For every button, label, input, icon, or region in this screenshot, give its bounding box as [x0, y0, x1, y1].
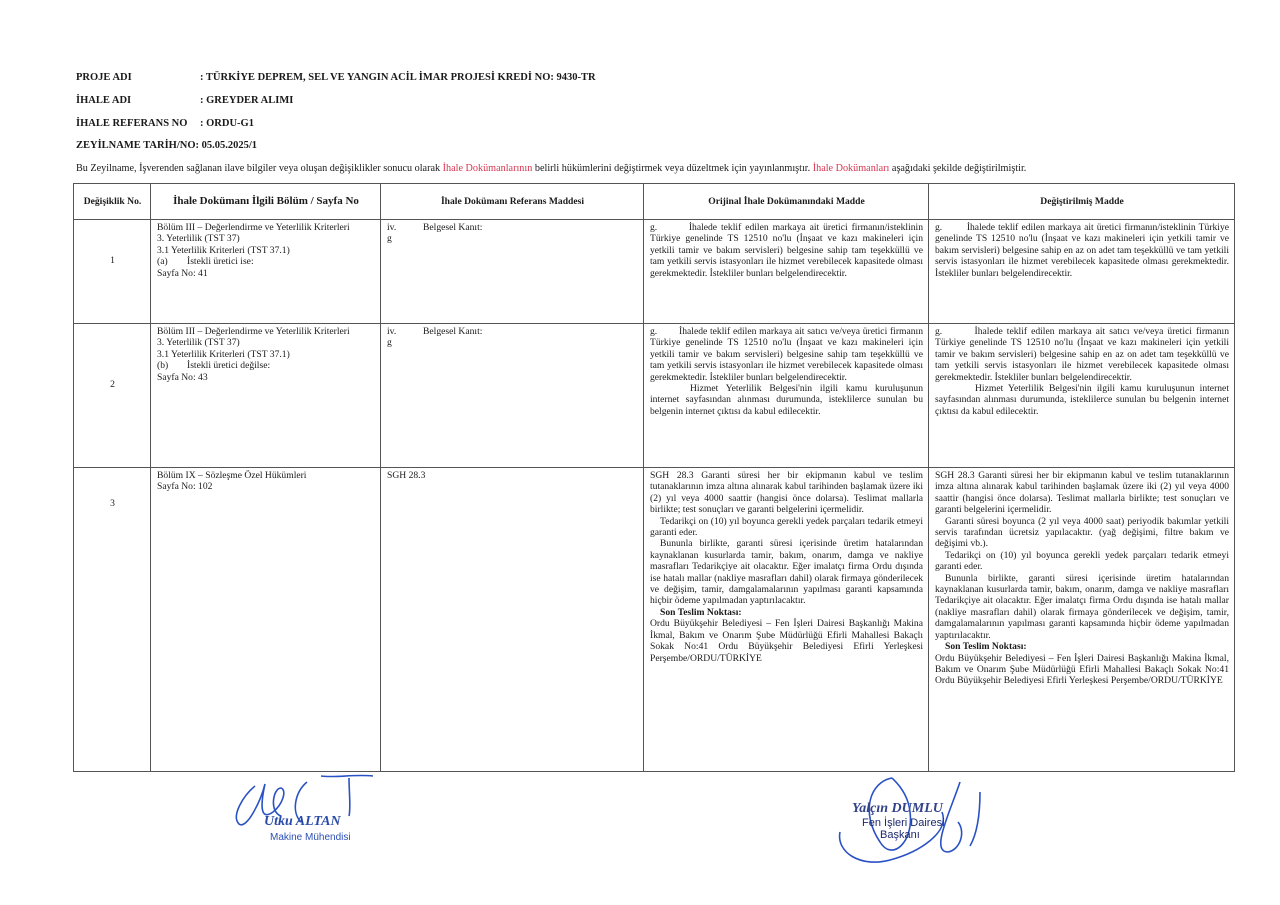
original-clause-paragraph: Tedarikçi on (10) yıl boyunca gerekli ye…: [650, 516, 923, 539]
col-header-change-no: Değişiklik No.: [74, 184, 151, 220]
original-clause-paragraph: g. İhalede teklif edilen markaya ait üre…: [650, 222, 923, 279]
signer-2-name: Yalçın DUMLU: [852, 801, 945, 817]
section-cell: Bölüm III – Değerlendirme ve Yeterlilik …: [151, 220, 381, 324]
modified-clause-paragraph: g. İhalede teklif edilen markaya ait üre…: [935, 222, 1229, 279]
modified-clause-paragraph: SGH 28.3 Garanti süresi her bir ekipmanı…: [935, 470, 1229, 516]
tender-name-value: : GREYDER ALIMI: [200, 95, 293, 106]
change-number: 1: [74, 220, 151, 324]
tender-ref-line: İHALE REFERANS NO : ORDU-G1: [76, 118, 187, 129]
reference-subcode: g: [387, 233, 638, 244]
original-clause-paragraph: Bununla birlikte, garanti süresi içerisi…: [650, 538, 923, 606]
reference-cell: SGH 28.3: [381, 468, 644, 772]
original-clause-cell: SGH 28.3 Garanti süresi her bir ekipmanı…: [644, 468, 929, 772]
modified-clause-cell: SGH 28.3 Garanti süresi her bir ekipmanı…: [929, 468, 1235, 772]
addendum-date-label: ZEYİLNAME TARİH/NO: 05.05.2025/1: [76, 140, 257, 151]
section-subitem: (a)İstekli üretici ise:: [157, 256, 375, 267]
modified-clause-paragraph: Hizmet Yeterlilik Belgesi'nin ilgili kam…: [935, 383, 1229, 417]
addendum-date-line: ZEYİLNAME TARİH/NO: 05.05.2025/1: [76, 140, 257, 151]
modified-clause-paragraph: Ordu Büyükşehir Belediyesi – Fen İşleri …: [935, 653, 1229, 687]
section-line: 3. Yeterlilik (TST 37): [157, 233, 375, 244]
col-header-section: İhale Dokümanı İlgili Bölüm / Sayfa No: [151, 184, 381, 220]
original-clause-paragraph: Ordu Büyükşehir Belediyesi – Fen İşleri …: [650, 618, 923, 664]
project-name-line: PROJE ADI : TÜRKİYE DEPREM, SEL VE YANGI…: [76, 72, 132, 83]
table-row: 3Bölüm IX – Sözleşme Özel HükümleriSayfa…: [74, 468, 1235, 772]
intro-highlight-2: İhale Dokümanları: [813, 163, 890, 174]
intro-highlight-1: İhale Dokümanlarının: [443, 163, 533, 174]
modified-clause-paragraph: Garanti süresi boyunca (2 yıl veya 4000 …: [935, 516, 1229, 550]
project-name-label: PROJE ADI: [76, 72, 132, 83]
modified-clause-cell: g. İhalede teklif edilen markaya ait sat…: [929, 324, 1235, 468]
intro-text-2: belirli hükümlerini değiştirmek veya düz…: [532, 163, 812, 174]
section-page-no: Sayfa No: 41: [157, 268, 375, 279]
change-number: 3: [74, 468, 151, 772]
signer-2-role-line1: Fen İşleri Dairesi: [862, 817, 945, 829]
reference-code: iv.: [387, 222, 423, 233]
signature-block-1: Utku ALTAN Makine Mühendisi: [264, 814, 351, 843]
original-clause-cell: g. İhalede teklif edilen markaya ait üre…: [644, 220, 929, 324]
original-clause-paragraph: Hizmet Yeterlilik Belgesi'nin ilgili kam…: [650, 383, 923, 417]
intro-text-1: Bu Zeyilname, İşverenden sağlanan ilave …: [76, 163, 443, 174]
section-line: Bölüm III – Değerlendirme ve Yeterlilik …: [157, 222, 375, 233]
subitem-value: İstekli üretici ise:: [187, 256, 254, 267]
reference-title: Belgesel Kanıt:: [423, 222, 482, 233]
signer-1-role: Makine Mühendisi: [270, 832, 351, 843]
intro-text-3: aşağıdaki şekilde değiştirilmiştir.: [889, 163, 1026, 174]
section-page-no: Sayfa No: 102: [157, 481, 375, 492]
section-page-no: Sayfa No: 43: [157, 372, 375, 383]
original-clause-paragraph: Son Teslim Noktası:: [650, 607, 923, 618]
original-clause-cell: g. İhalede teklif edilen markaya ait sat…: [644, 324, 929, 468]
subitem-key: (b): [157, 360, 187, 371]
intro-paragraph: Bu Zeyilname, İşverenden sağlanan ilave …: [76, 163, 1026, 174]
amendment-table: Değişiklik No. İhale Dokümanı İlgili Böl…: [73, 183, 1235, 772]
table-row: 1Bölüm III – Değerlendirme ve Yeterlilik…: [74, 220, 1235, 324]
col-header-modified: Değiştirilmiş Madde: [929, 184, 1235, 220]
signer-2-role-line2: Başkanı: [880, 829, 945, 841]
section-line: 3.1 Yeterlilik Kriterleri (TST 37.1): [157, 349, 375, 360]
modified-clause-paragraph: g. İhalede teklif edilen markaya ait sat…: [935, 326, 1229, 383]
section-subitem: (b)İstekli üretici değilse:: [157, 360, 375, 371]
section-cell: Bölüm IX – Sözleşme Özel HükümleriSayfa …: [151, 468, 381, 772]
section-line: Bölüm IX – Sözleşme Özel Hükümleri: [157, 470, 375, 481]
signature-block-2: Yalçın DUMLU Fen İşleri Dairesi Başkanı: [852, 801, 945, 841]
reference-cell: iv.Belgesel Kanıt:g: [381, 324, 644, 468]
table-row: 2Bölüm III – Değerlendirme ve Yeterlilik…: [74, 324, 1235, 468]
subitem-key: (a): [157, 256, 187, 267]
change-number: 2: [74, 324, 151, 468]
tender-name-label: İHALE ADI: [76, 95, 131, 106]
table-header-row: Değişiklik No. İhale Dokümanı İlgili Böl…: [74, 184, 1235, 220]
subitem-value: İstekli üretici değilse:: [187, 360, 270, 371]
tender-ref-value: : ORDU-G1: [200, 118, 254, 129]
project-name-value: : TÜRKİYE DEPREM, SEL VE YANGIN ACİL İMA…: [200, 72, 596, 83]
section-line: 3. Yeterlilik (TST 37): [157, 337, 375, 348]
reference-title: Belgesel Kanıt:: [423, 326, 482, 337]
modified-clause-cell: g. İhalede teklif edilen markaya ait üre…: [929, 220, 1235, 324]
section-line: Bölüm III – Değerlendirme ve Yeterlilik …: [157, 326, 375, 337]
col-header-reference: İhale Dokümanı Referans Maddesi: [381, 184, 644, 220]
reference-code: SGH 28.3: [387, 470, 425, 481]
section-line: 3.1 Yeterlilik Kriterleri (TST 37.1): [157, 245, 375, 256]
col-header-original: Orijinal İhale Dokümanındaki Madde: [644, 184, 929, 220]
modified-clause-paragraph: Bununla birlikte, garanti süresi içerisi…: [935, 573, 1229, 641]
tender-name-line: İHALE ADI : GREYDER ALIMI: [76, 95, 131, 106]
section-cell: Bölüm III – Değerlendirme ve Yeterlilik …: [151, 324, 381, 468]
tender-ref-label: İHALE REFERANS NO: [76, 118, 187, 129]
signer-1-name: Utku ALTAN: [264, 814, 351, 830]
reference-subcode: g: [387, 337, 638, 348]
original-clause-paragraph: g. İhalede teklif edilen markaya ait sat…: [650, 326, 923, 383]
reference-cell: iv.Belgesel Kanıt:g: [381, 220, 644, 324]
original-clause-paragraph: SGH 28.3 Garanti süresi her bir ekipmanı…: [650, 470, 923, 516]
reference-code: iv.: [387, 326, 423, 337]
modified-clause-paragraph: Tedarikçi on (10) yıl boyunca gerekli ye…: [935, 550, 1229, 573]
modified-clause-paragraph: Son Teslim Noktası:: [935, 641, 1229, 652]
